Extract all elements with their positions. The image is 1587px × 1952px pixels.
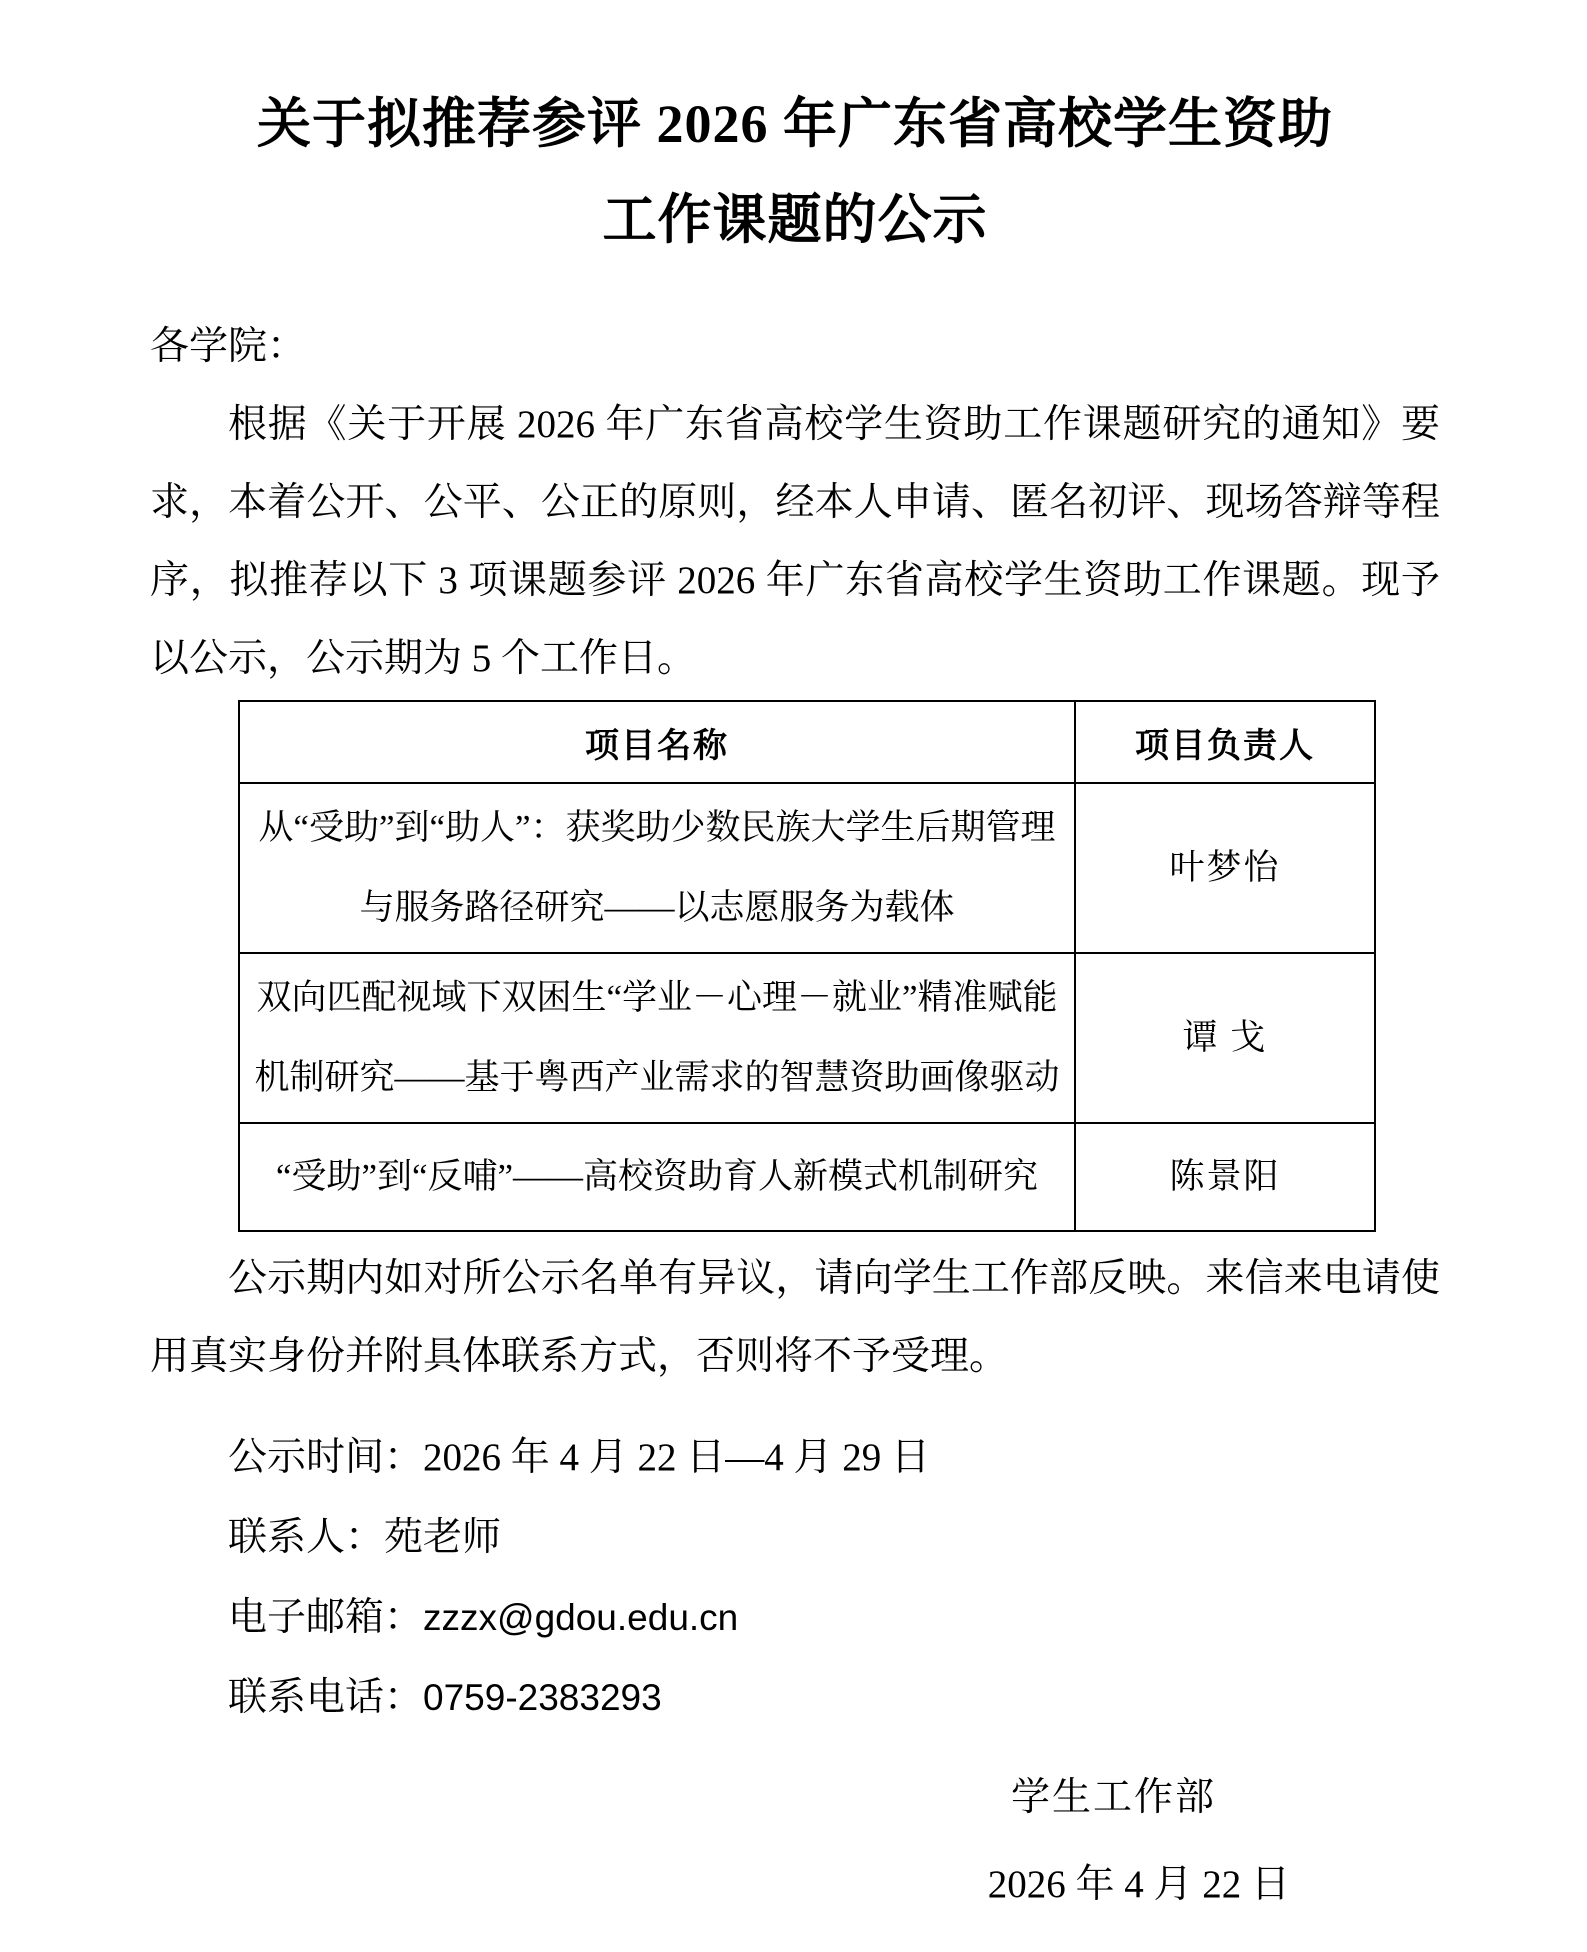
table-row: 双向匹配视域下双困生“学业－心理－就业”精准赋能机制研究——基于粤西产业需求的智… xyxy=(239,953,1375,1123)
contact-email-label: 电子邮箱： xyxy=(228,1596,423,1639)
contact-block: 公示时间：2026 年 4 月 22 日—4 月 29 日 联系人：苑老师 电子… xyxy=(150,1418,1440,1738)
contact-phone-line: 联系电话：0759-2383293 xyxy=(228,1658,1440,1738)
project-name-cell: “受助”到“反哺”——高校资助育人新模式机制研究 xyxy=(239,1123,1075,1231)
project-leader-cell: 叶梦怡 xyxy=(1075,783,1375,953)
project-name-cell: 双向匹配视域下双困生“学业－心理－就业”精准赋能机制研究——基于粤西产业需求的智… xyxy=(239,953,1075,1123)
contact-phone-label: 联系电话： xyxy=(228,1676,423,1719)
publicity-period-label: 公示时间： xyxy=(228,1436,423,1479)
header-project-name: 项目名称 xyxy=(239,701,1075,783)
title-line-1: 关于拟推荐参评 2026 年广东省高校学生资助 xyxy=(150,76,1440,172)
contact-email-line: 电子邮箱：zzzx@gdou.edu.cn xyxy=(228,1578,1440,1658)
publicity-period-value: 2026 年 4 月 22 日—4 月 29 日 xyxy=(423,1436,930,1479)
document-page: 关于拟推荐参评 2026 年广东省高校学生资助 工作课题的公示 各学院： 根据《… xyxy=(0,0,1587,1952)
title-line-2: 工作课题的公示 xyxy=(150,172,1440,268)
signature-date: 2026 年 4 月 22 日 xyxy=(150,1841,1440,1928)
page-title: 关于拟推荐参评 2026 年广东省高校学生资助 工作课题的公示 xyxy=(150,76,1440,268)
project-leader-cell: 谭 戈 xyxy=(1075,953,1375,1123)
intro-paragraph: 根据《关于开展 2026 年广东省高校学生资助工作课题研究的通知》要求，本着公开… xyxy=(150,386,1440,698)
signature-block: 学生工作部 2026 年 4 月 22 日 xyxy=(150,1754,1440,1928)
signature-department: 学生工作部 xyxy=(150,1754,1440,1841)
salutation: 各学院： xyxy=(150,308,1440,386)
contact-person-label: 联系人： xyxy=(228,1516,384,1559)
publicity-period-line: 公示时间：2026 年 4 月 22 日—4 月 29 日 xyxy=(228,1418,1440,1498)
contact-person-value: 苑老师 xyxy=(384,1516,501,1559)
contact-phone-value: 0759-2383293 xyxy=(423,1677,662,1718)
project-leader-cell: 陈景阳 xyxy=(1075,1123,1375,1231)
projects-table: 项目名称 项目负责人 从“受助”到“助人”：获奖助少数民族大学生后期管理与服务路… xyxy=(238,700,1376,1232)
table-row: “受助”到“反哺”——高校资助育人新模式机制研究 陈景阳 xyxy=(239,1123,1375,1231)
contact-person-line: 联系人：苑老师 xyxy=(228,1498,1440,1578)
header-project-leader: 项目负责人 xyxy=(1075,701,1375,783)
objection-paragraph: 公示期内如对所公示名单有异议，请向学生工作部反映。来信来电请使用真实身份并附具体… xyxy=(150,1240,1440,1396)
project-name-cell: 从“受助”到“助人”：获奖助少数民族大学生后期管理与服务路径研究——以志愿服务为… xyxy=(239,783,1075,953)
table-row: 从“受助”到“助人”：获奖助少数民族大学生后期管理与服务路径研究——以志愿服务为… xyxy=(239,783,1375,953)
contact-email-value: zzzx@gdou.edu.cn xyxy=(423,1597,738,1638)
table-header-row: 项目名称 项目负责人 xyxy=(239,701,1375,783)
